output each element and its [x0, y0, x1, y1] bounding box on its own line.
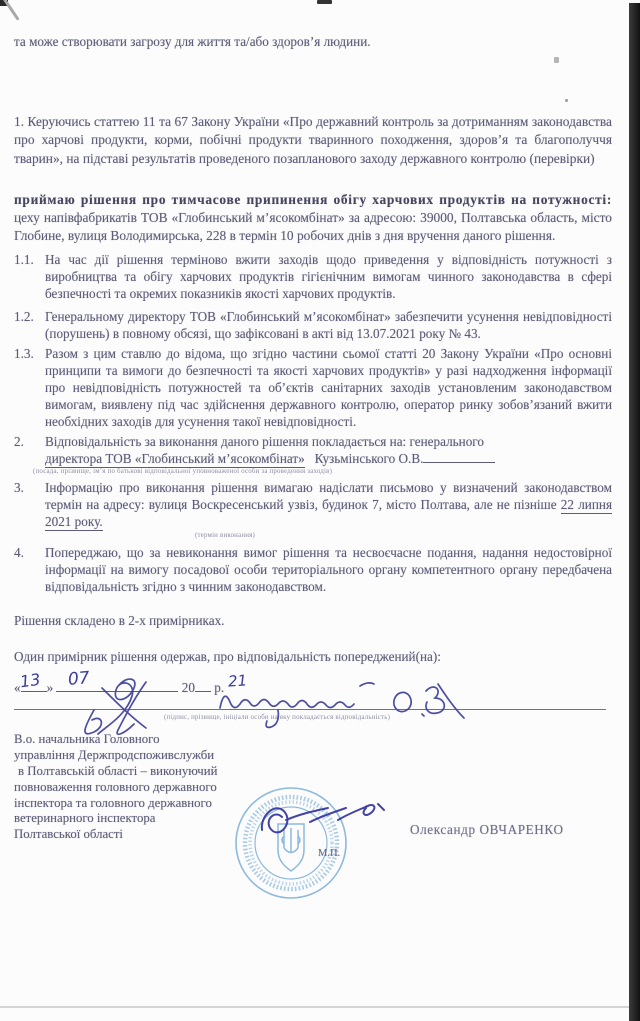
- official-title-line: повноваження головного державного: [14, 780, 217, 796]
- scan-speck: [565, 99, 568, 102]
- item-text: Генеральному директору ТОВ «Глобинський …: [45, 308, 612, 342]
- receipt-line: Один примірник рішення одержав, про відп…: [14, 649, 612, 665]
- document-body: та може створювати загрозу для життя та/…: [0, 0, 640, 943]
- item3-caption: (термін виконання): [195, 531, 612, 540]
- item-number: 4.: [14, 544, 45, 595]
- item-3-report-info: 3. Інформацію про виконання рішення вима…: [14, 479, 612, 540]
- official-title-line: В.о. начальника Головного: [14, 732, 217, 748]
- intro-line: та може створювати загрозу для життя та/…: [14, 34, 612, 50]
- paragraph-decision: приймаю рішення про тимчасове припинення…: [14, 191, 612, 245]
- item2-lead-text: Відповідальність за виконання даного ріш…: [45, 434, 484, 449]
- handwritten-day: 13: [19, 670, 42, 692]
- sub-item-1-3: 1.3. Разом з цим ставлю до відома, що зг…: [14, 345, 612, 430]
- item-text: На час дії рішення терміново вжити заход…: [45, 251, 612, 302]
- official-title-line: ветеринарного інспектора: [14, 811, 217, 827]
- seal-place-mark: М.П.: [318, 848, 340, 859]
- scan-speck: [554, 57, 559, 63]
- official-title-line: Полтавської області: [14, 827, 217, 843]
- scan-right-edge: [629, 3, 640, 1021]
- official-signature: [252, 796, 392, 846]
- official-name: Олександр ОВЧАРЕНКО: [410, 822, 564, 838]
- scan-artifact-top: [317, 0, 332, 4]
- item-number: 3.: [14, 479, 45, 540]
- official-title-line: інспектора та головного державного: [14, 796, 217, 812]
- sub-item-1-1: 1.1. На час дії рішення терміново вжити …: [14, 251, 612, 302]
- item-4-warning: 4. Попереджаю, що за невиконання вимог р…: [14, 544, 612, 595]
- item2-responsible-name: Кузьмінського О.В.: [315, 451, 424, 466]
- official-title: В.о. начальника Головного управління Дер…: [14, 732, 217, 843]
- item-number: 1.1.: [14, 251, 45, 302]
- date-and-signature-block: «» 20 р. 13 07 21 (підпис, прізвище, іні…: [14, 678, 612, 724]
- decision-bold-text: приймаю рішення про тимчасове припинення…: [14, 192, 612, 207]
- item2-caption: (посада, прізвище, ім’я по батькові відп…: [33, 467, 612, 476]
- footer-signatory-block: В.о. начальника Головного управління Дер…: [14, 728, 612, 943]
- item-text: Попереджаю, що за невиконання вимог ріше…: [45, 544, 612, 595]
- item3-text: Інформацію про виконання рішення вимагаю…: [45, 480, 612, 512]
- scanned-document-page: та може створювати загрозу для життя та/…: [0, 0, 640, 1021]
- paragraph-legal-basis: 1. Керуючись статтею 11 та 67 Закону Укр…: [14, 113, 612, 168]
- official-title-line: в Полтавській області – виконуючий: [14, 764, 217, 780]
- official-title-line: управління Держпродспоживслужби: [14, 748, 217, 764]
- decision-rest-text: цеху напівфабрикатів ТОВ «Глобинський м’…: [14, 210, 612, 243]
- item2-underlined-position: директора ТОВ «Глобинський м’ясокомбінат…: [45, 451, 305, 468]
- page-bottom-edge: [0, 1006, 629, 1008]
- item-number: 1.2.: [14, 308, 45, 342]
- item-number: 1.3.: [14, 345, 45, 430]
- item-text: Разом з цим ставлю до відома, що згідно …: [45, 345, 612, 430]
- blank-underline: [423, 450, 495, 463]
- item-2-responsibility: 2. Відповідальність за виконання даного …: [14, 433, 612, 476]
- sub-item-1-2: 1.2. Генеральному директору ТОВ «Глобинс…: [14, 308, 612, 342]
- copies-line: Рішення складено в 2-х примірниках.: [14, 613, 612, 629]
